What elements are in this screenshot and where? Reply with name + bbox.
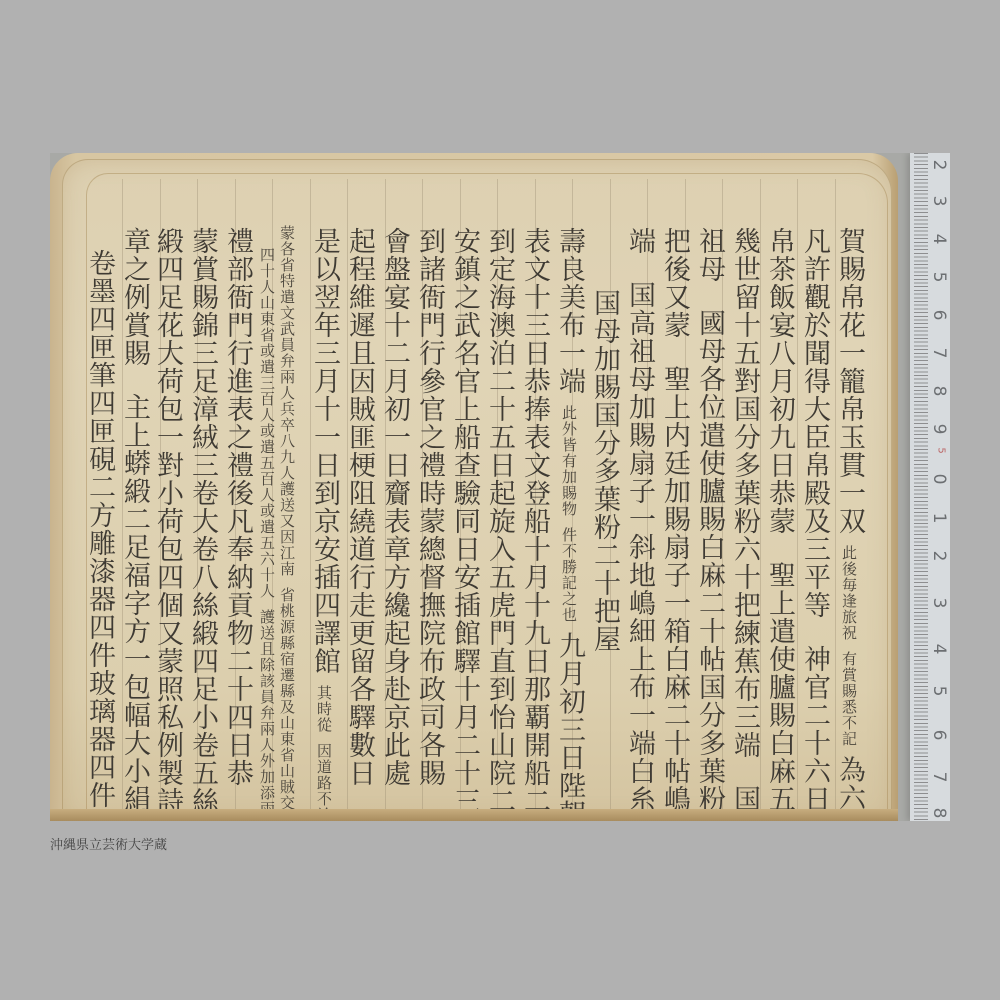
ruler-label: 6: [929, 306, 949, 324]
column-text: 章之例賞賜: [119, 227, 150, 367]
column-text: 帛茶飯宴八月初九日恭蒙: [764, 227, 795, 535]
ruler-label: 3: [929, 594, 949, 612]
column-text: 到諸衙門行參官之禮時蒙總督撫院布政司各賜: [414, 227, 445, 787]
column-text: 禮部衙門行進表之禮後凡奉納貢物二十四日恭: [222, 227, 253, 787]
column-text: 蒙賞賜錦三足漳絨三卷大卷八絲緞四足小卷五絲: [187, 227, 218, 815]
ruler-label: 2: [929, 156, 949, 174]
ruler-label: 8: [929, 382, 949, 400]
text-column: 會盤宴十二月初一日齎表章方纔起身赴京此處: [377, 227, 411, 787]
column-text: 国母加賜国分多葉粉二十把屋: [589, 289, 620, 653]
ruler-label: 5: [929, 682, 949, 700]
text-column: 到諸衙門行參官之禮時蒙總督撫院布政司各賜: [412, 227, 446, 787]
ruler-ticks: [914, 153, 928, 821]
ruler-label: 2: [929, 547, 949, 565]
text-column: 是以翌年三月十一日到京安插四譯館 其時從 因道路不論水陸: [307, 227, 341, 821]
column-text: 表文十三日恭捧表文登船十月十九日那覇開船二十四日: [519, 227, 550, 821]
column-text: 神官二十六日崇賜: [799, 645, 830, 821]
column-text: 會盤宴十二月初一日齎表章方纔起身赴京此處: [379, 227, 410, 787]
ruler-label: 9: [929, 420, 949, 438]
text-column: 到定海澳泊二十五日起旋入五虎門直到怡山院二十六日閩: [482, 227, 516, 821]
column-text: 緞四足花大荷包一對小荷包四個又蒙照私例製詩: [152, 227, 183, 815]
text-column: 緞四足花大荷包一對小荷包四個又蒙照私例製詩: [150, 227, 184, 815]
column-text: 卷墨四匣筆四匣硯二方雕漆器四件玻璃器四件加: [84, 249, 115, 821]
text-column: 禮部衙門行進表之禮後凡奉納貢物二十四日恭十九日到: [220, 227, 254, 821]
interlinear-note: 其時從 因道路不論水陸: [307, 685, 341, 821]
ruler-label: 4: [929, 230, 949, 248]
text-column: 安鎮之武名官上船查驗同日安插館驛十月二十三日: [447, 227, 481, 821]
text-column: 幾世留十五對国分多葉粉六十把練蕉布三端国高: [727, 227, 761, 821]
column-text: 到定海澳泊二十五日起旋入五虎門直到怡山院二十六日閩: [484, 227, 515, 821]
note-left: 有賞賜悉不記: [840, 650, 858, 746]
text-column: 起程維遲且因賊匪梗阻繞道行走更留各驛數日: [342, 227, 376, 787]
text-column: 端国高祖母加賜扇子一斜地嶋細上布一端白糸: [622, 227, 656, 813]
column-text: 聖上遣使臚賜白麻五束: [764, 561, 795, 821]
column-text: 把後又蒙: [659, 227, 690, 339]
interlinear-note: 四十人山東省或遣三百人或遣五百人或遣五六十人 護送且除該員弁兩人外加添兩員率兵護…: [250, 247, 284, 821]
text-column: 帛茶飯宴八月初九日恭蒙聖上遣使臚賜白麻五束: [762, 227, 796, 821]
column-text: 祖母: [694, 227, 725, 283]
collection-credit-caption: 沖縄県立芸術大学蔵: [50, 834, 167, 853]
text-column: 章之例賞賜主上蟒緞二足福字方一包幅大小絹箋四: [117, 227, 151, 821]
text-column: 表文十三日恭捧表文登船十月十九日那覇開船二十四日: [517, 227, 551, 821]
interlinear-note: 此外皆有加賜物 件不勝記之也: [552, 405, 586, 623]
note-right: 四十人山東省或遣三百人或遣五百人或遣五六十人: [258, 247, 276, 599]
measurement-ruler: 2 3 4 5 6 7 8 9 5 0 1 2 3 4 5 6 7 8: [910, 153, 950, 821]
text-column: 祖母國母各位遣使臚賜白麻二十帖国分多葉粉二十: [692, 227, 726, 821]
column-text: 國母各位遣使臚賜白麻二十帖国分多葉粉二十: [694, 309, 725, 821]
column-text: 賀賜帛花一籠帛玉貫一双: [834, 227, 865, 535]
column-text: 壽良美布一端: [554, 227, 585, 395]
note-left: 件不勝記之也: [560, 526, 578, 622]
text-column: 壽良美布一端 此外皆有加賜物 件不勝記之也 九月初三日陛朝恭欽: [552, 227, 586, 821]
text-column: 凡許觀於聞得大臣帛殿及三平等神官二十六日崇賜: [797, 227, 831, 821]
column-text: 凡許觀於聞得大臣帛殿及三平等: [799, 227, 830, 619]
column-text: 起程維遲且因賊匪梗阻繞道行走更留各驛數日: [344, 227, 375, 787]
ruler-label: 4: [929, 640, 949, 658]
ruler-label: 0: [929, 470, 949, 488]
note-right: 此後毎逢旅祝: [840, 545, 858, 641]
ruler-label: 1: [929, 509, 949, 527]
ruler-label: 5: [929, 268, 949, 286]
viewer-stage: 賀賜帛花一籠帛玉貫一双 此後毎逢旅祝 有賞賜悉不記 為六月二十 凡許觀於聞得大臣…: [0, 0, 1000, 1000]
notebook-page: 賀賜帛花一籠帛玉貫一双 此後毎逢旅祝 有賞賜悉不記 為六月二十 凡許觀於聞得大臣…: [62, 159, 892, 821]
ruler-label: 6: [929, 726, 949, 744]
text-column: 卷墨四匣筆四匣硯二方雕漆器四件玻璃器四件加: [82, 249, 116, 821]
column-text: 端: [624, 227, 655, 255]
column-text: 幾世留十五對国分多葉粉六十把練蕉布三端: [729, 227, 760, 759]
interlinear-note: 此後毎逢旅祝 有賞賜悉不記: [832, 545, 866, 747]
text-column: 国母加賜国分多葉粉二十把屋: [587, 289, 621, 653]
column-text: 国高祖母加賜扇子一斜地嶋細上布一端白糸: [624, 281, 655, 813]
ruler-label: 8: [929, 804, 949, 821]
text-column-annotation: 四十人山東省或遣三百人或遣五百人或遣五六十人 護送且除該員弁兩人外加添兩員率兵護…: [250, 247, 284, 821]
column-text: 九月初三日陛朝恭欽: [554, 632, 585, 821]
note-right: 此外皆有加賜物: [560, 405, 578, 517]
note-right: 其時從: [315, 685, 333, 733]
text-column: 把後又蒙聖上内廷加賜扇子一箱白麻二十帖嶋紬二: [657, 227, 691, 821]
note-left: 護送且除該員弁兩人外加添兩員率兵護送: [258, 609, 276, 821]
text-column: 賀賜帛花一籠帛玉貫一双 此後毎逢旅祝 有賞賜悉不記 為六月二十: [832, 227, 866, 821]
ruler-label: 3: [929, 192, 949, 210]
text-column: 蒙賞賜錦三足漳絨三卷大卷八絲緞四足小卷五絲: [185, 227, 219, 815]
manuscript-photo: 賀賜帛花一籠帛玉貫一双 此後毎逢旅祝 有賞賜悉不記 為六月二十 凡許觀於聞得大臣…: [50, 153, 950, 821]
column-text: 是以翌年三月十一日到京安插四譯館: [309, 227, 340, 675]
column-text: 聖上内廷加賜扇子一箱白麻二十帖嶋紬二: [659, 365, 690, 821]
ruler-label-highlight: 5: [936, 442, 947, 460]
page-bottom-edge: [50, 809, 898, 821]
ruler-label: 7: [929, 344, 949, 362]
column-text: 主上蟒緞二足福字方一包幅大小絹箋四: [119, 393, 150, 821]
ruler-label: 7: [929, 768, 949, 786]
column-text: 安鎮之武名官上船查驗同日安插館驛十月二十三日: [449, 227, 480, 821]
